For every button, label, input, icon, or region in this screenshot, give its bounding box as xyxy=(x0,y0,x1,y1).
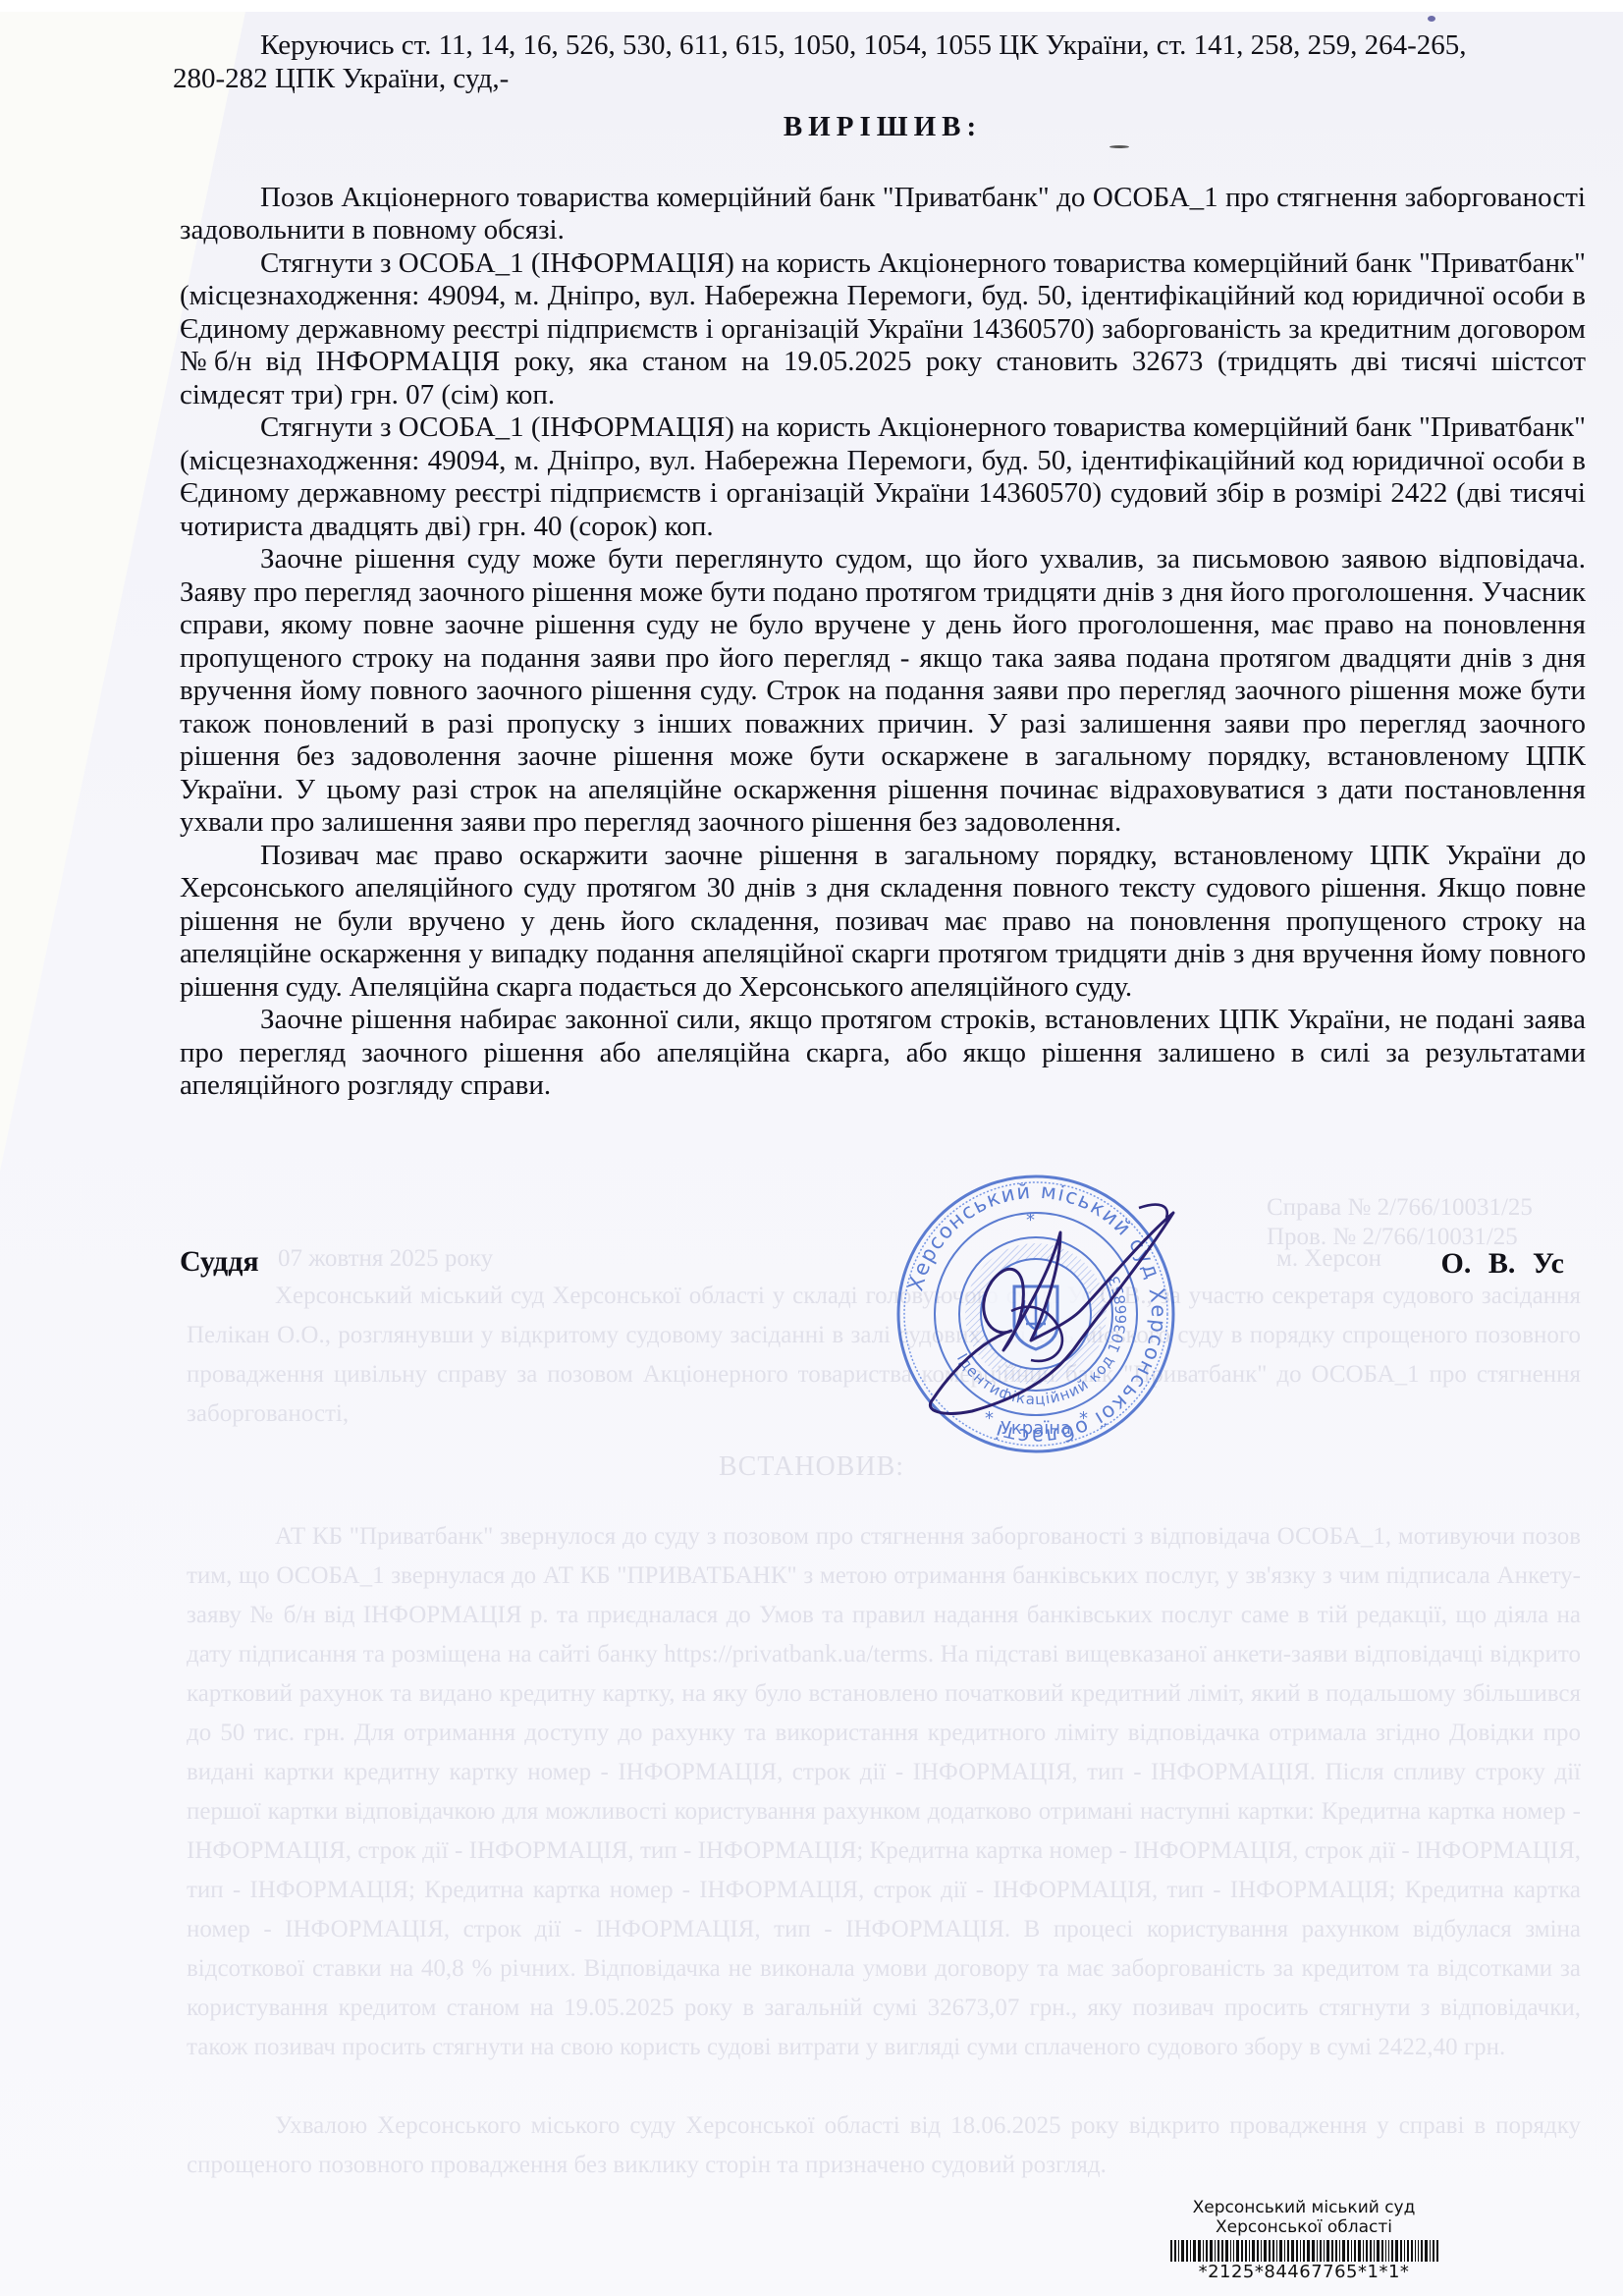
bleed-intro: Херсонський міський суд Херсонської обла… xyxy=(187,1277,1581,1434)
scan-speck xyxy=(1428,16,1435,22)
decision-paragraph-5: Позивач має право оскаржити заочне рішен… xyxy=(180,840,1586,1005)
judge-label: Суддя xyxy=(180,1245,259,1279)
bleed-heading: ВСТАНОВИВ: xyxy=(0,1451,1623,1483)
bleed-last: Ухвалою Херсонського міського суду Херсо… xyxy=(187,2106,1581,2185)
barcode-number: *2125*84467765*1*1* xyxy=(1049,2263,1559,2282)
decision-paragraph-4: Заочне рішення суду може бути переглянут… xyxy=(180,543,1586,840)
intro-line-1: Керуючись ст. 11, 14, 16, 526, 530, 611,… xyxy=(180,29,1586,63)
decision-heading: ВИРІШИВ: xyxy=(180,111,1586,144)
judge-name: О. В. Ус xyxy=(1441,1247,1564,1281)
scan-speck xyxy=(1109,145,1129,148)
stamp-bottom-text: Україна xyxy=(1001,1418,1071,1439)
barcode-block: Херсонський міський суд Херсонської обла… xyxy=(1049,2198,1559,2282)
barcode-court-region: Херсонської області xyxy=(1049,2217,1559,2237)
signature-row: Суддя О. В. Ус xyxy=(180,1245,1564,1285)
decision-paragraph-2: Стягнути з ОСОБА_1 (ІНФОРМАЦІЯ) на корис… xyxy=(180,247,1586,412)
barcode-court-name: Херсонський міський суд xyxy=(1049,2198,1559,2217)
decision-paragraph-1: Позов Акціонерного товариства комерційни… xyxy=(180,182,1586,247)
barcode-icon xyxy=(1049,2240,1559,2262)
judge-signature-icon xyxy=(913,1193,1188,1419)
decision-content: Керуючись ст. 11, 14, 16, 526, 530, 611,… xyxy=(180,29,1586,1103)
decision-paragraph-6: Заочне рішення набирає законної сили, як… xyxy=(180,1004,1586,1103)
decision-paragraph-3: Стягнути з ОСОБА_1 (ІНФОРМАЦІЯ) на корис… xyxy=(180,411,1586,543)
bleed-body: АТ КБ "Приватбанк" звернулося до суду з … xyxy=(187,1517,1581,2067)
intro-line-2: 280-282 ЦПК України, суд,- xyxy=(173,63,1586,96)
